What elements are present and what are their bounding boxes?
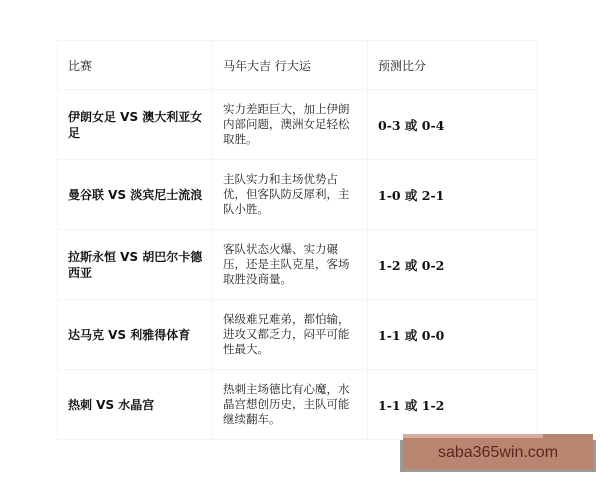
match-cell: 曼谷联 VS 淡宾尼士流浪 xyxy=(58,160,213,230)
table-row: 达马克 VS 利雅得体育 保级难兄难弟，都怕输，进攻又都乏力，闷平可能性最大。 … xyxy=(58,300,538,370)
table-row: 拉斯永恒 VS 胡巴尔卡德西亚 客队状态火爆、实力碾压，还是主队克星，客场取胜没… xyxy=(58,230,538,300)
match-cell: 达马克 VS 利雅得体育 xyxy=(58,300,213,370)
header-analysis: 马年大吉 行大运 xyxy=(213,41,368,90)
watermark-badge: saba365win.com xyxy=(400,434,596,472)
score-cell: 1-1 或 1-2 xyxy=(368,370,538,440)
match-cell: 拉斯永恒 VS 胡巴尔卡德西亚 xyxy=(58,230,213,300)
watermark-text: saba365win.com xyxy=(403,437,593,469)
prediction-table-container: 比赛 马年大吉 行大运 预测比分 伊朗女足 VS 澳大利亚女足 实力差距巨大，加… xyxy=(57,40,537,440)
table-header-row: 比赛 马年大吉 行大运 预测比分 xyxy=(58,41,538,90)
table-row: 伊朗女足 VS 澳大利亚女足 实力差距巨大，加上伊朗内部问题，澳洲女足轻松取胜。… xyxy=(58,90,538,160)
analysis-cell: 保级难兄难弟，都怕输，进攻又都乏力，闷平可能性最大。 xyxy=(213,300,368,370)
match-cell: 热刺 VS 水晶宫 xyxy=(58,370,213,440)
score-cell: 1-1 或 0-0 xyxy=(368,300,538,370)
analysis-cell: 实力差距巨大，加上伊朗内部问题，澳洲女足轻松取胜。 xyxy=(213,90,368,160)
table-row: 热刺 VS 水晶宫 热刺主场德比有心魔，水晶宫想创历史，主队可能继续翻车。 1-… xyxy=(58,370,538,440)
score-cell: 0-3 或 0-4 xyxy=(368,90,538,160)
analysis-cell: 主队实力和主场优势占优，但客队防反犀利，主队小胜。 xyxy=(213,160,368,230)
match-cell: 伊朗女足 VS 澳大利亚女足 xyxy=(58,90,213,160)
analysis-cell: 客队状态火爆、实力碾压，还是主队克星，客场取胜没商量。 xyxy=(213,230,368,300)
score-cell: 1-0 或 2-1 xyxy=(368,160,538,230)
analysis-cell: 热刺主场德比有心魔，水晶宫想创历史，主队可能继续翻车。 xyxy=(213,370,368,440)
table-row: 曼谷联 VS 淡宾尼士流浪 主队实力和主场优势占优，但客队防反犀利，主队小胜。 … xyxy=(58,160,538,230)
header-score: 预测比分 xyxy=(368,41,538,90)
header-match: 比赛 xyxy=(58,41,213,90)
score-cell: 1-2 或 0-2 xyxy=(368,230,538,300)
prediction-table: 比赛 马年大吉 行大运 预测比分 伊朗女足 VS 澳大利亚女足 实力差距巨大，加… xyxy=(57,40,538,440)
